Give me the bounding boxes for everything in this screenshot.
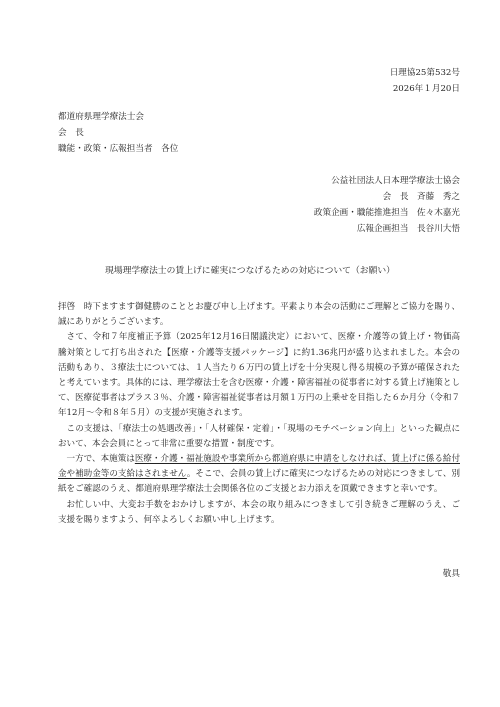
paragraph-significance: この支援は、「療法士の処遇改善」・「人材確保・定着」・「現場のモチベーション向上… — [58, 422, 460, 452]
document-title: 現場理学療法士の賃上げに確実につなげるための対応について（お願い） — [0, 266, 500, 277]
paragraph-budget: さて、令和７年度補正予算（2025年12月16日閣議決定）において、医療・介護等… — [58, 330, 460, 421]
paragraph-request: 一方で、本施策は医療・介護・福祉施設や事業所から都道府県に申請をしなければ、賃上… — [58, 452, 460, 498]
recipient-contacts: 職能・政策・広報担当者 各位 — [58, 144, 178, 155]
document-page: 日理協25第532号 2026年１月20日 都道府県理学療法士会 会 長 職能・… — [0, 0, 500, 707]
recipient-organization: 都道府県理学療法士会 — [58, 112, 144, 123]
sender-president: 会 長 斉藤 秀之 — [383, 192, 460, 203]
document-body: 拝啓 時下ますます御健勝のこととお慶び申し上げます。平素より本会の活動にご理解と… — [58, 300, 460, 528]
request-text-pre: 一方で、本施策は — [67, 454, 135, 464]
sender-organization: 公益社団法人日本理学療法士協会 — [331, 176, 460, 187]
document-date: 2026年１月20日 — [393, 84, 460, 95]
document-number: 日理協25第532号 — [390, 68, 460, 79]
sender-policy-contact: 政策企画・職能推進担当 佐々木嘉光 — [314, 208, 460, 219]
paragraph-greeting: 拝啓 時下ますます御健勝のこととお慶び申し上げます。平素より本会の活動にご理解と… — [58, 300, 460, 330]
paragraph-closing-remarks: お忙しい中、大変お手数をおかけしますが、本会の取り組みにつきまして引き続きご理解… — [58, 498, 460, 528]
sender-pr-contact: 広報企画担当 長谷川大悟 — [357, 224, 460, 235]
closing-keigu: 敬具 — [443, 567, 460, 579]
recipient-title: 会 長 — [58, 128, 84, 139]
